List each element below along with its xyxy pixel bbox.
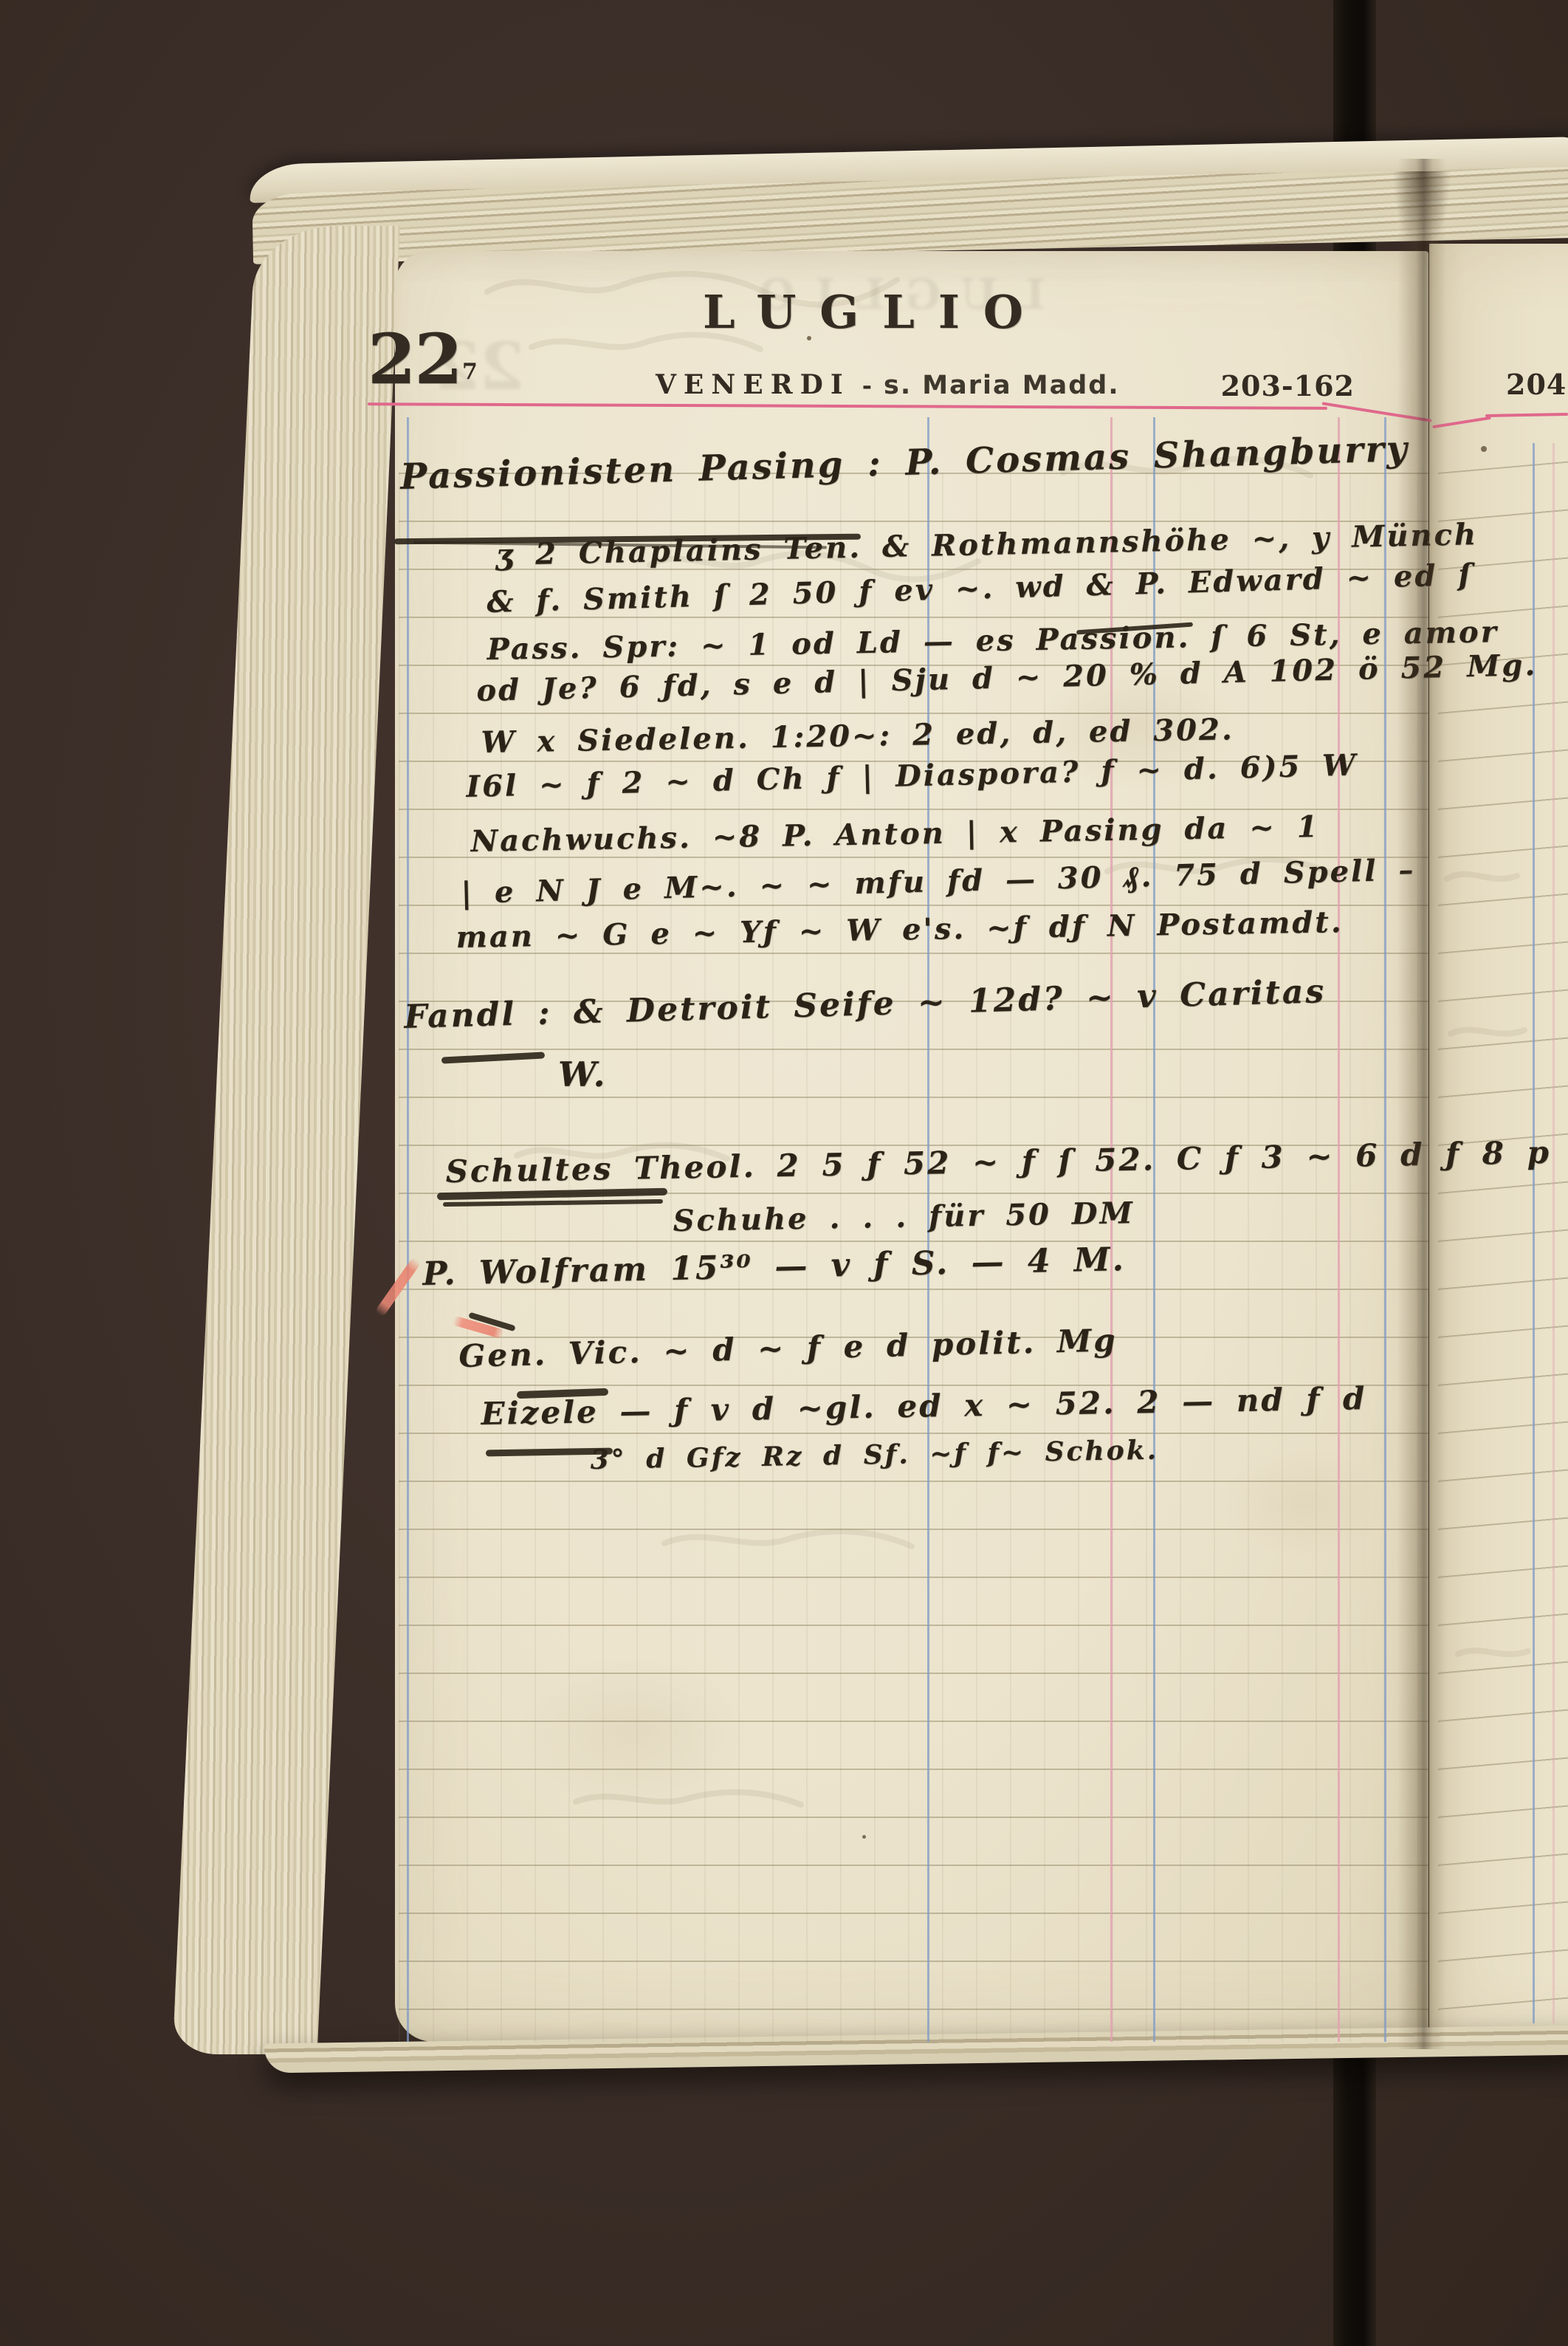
weekday-separator: -	[862, 371, 872, 399]
paper-speck	[862, 1835, 866, 1839]
saint-of-day: s. Maria Madd.	[884, 371, 1120, 400]
weekday-name: VENERDI	[656, 369, 850, 400]
week-number: 7	[462, 359, 478, 385]
handwriting-line: W.	[558, 1054, 608, 1094]
margin-line-blue	[407, 417, 409, 2042]
column-line-pink-right-page	[1552, 443, 1555, 2023]
diary-scan-scene: LUGLIO 22 22 7	[0, 0, 1568, 2346]
page-reference-right-page: 204-	[1506, 368, 1568, 401]
paper-speck	[1481, 446, 1487, 452]
page-reference: 203-162	[1203, 369, 1355, 402]
day-number: 22	[368, 319, 461, 400]
month-title: LUGLIO	[703, 285, 1047, 339]
weekday-line: VENERDI - s. Maria Madd.	[656, 369, 1120, 400]
ruled-lines-right-page	[1438, 462, 1568, 2023]
gutter-top-notch	[1392, 171, 1451, 253]
gutter-fold-shadow	[1397, 159, 1446, 2049]
